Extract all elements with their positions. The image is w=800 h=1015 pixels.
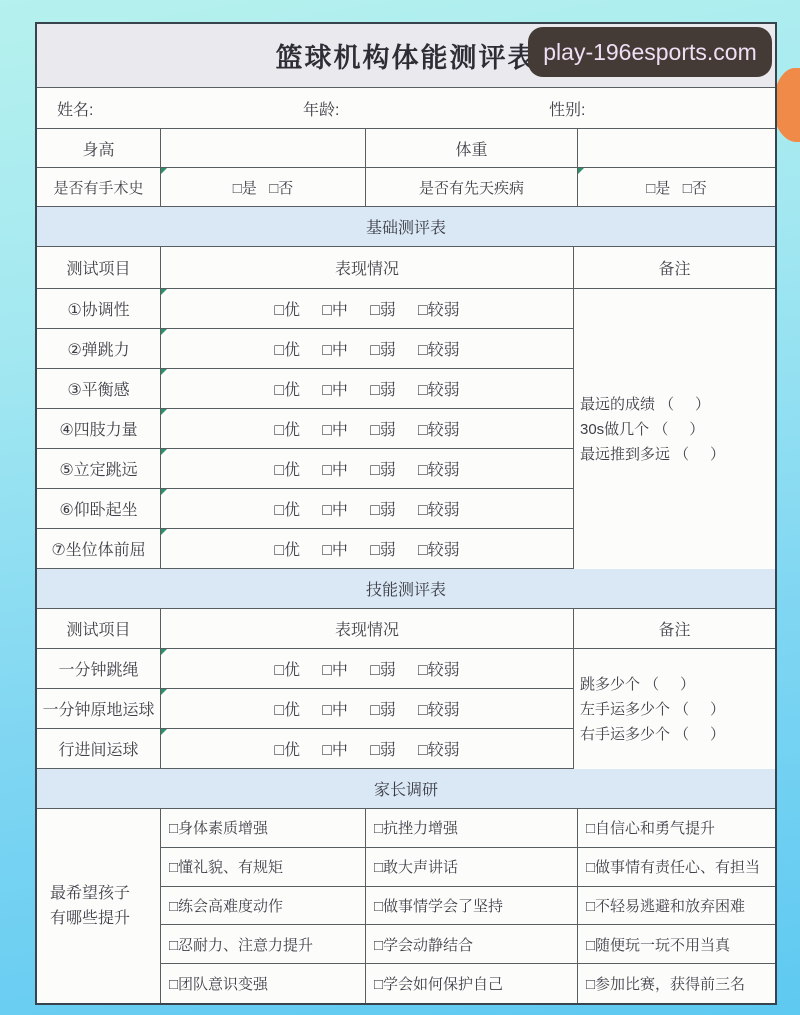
watermark-badge[interactable]: play-196esports.com [528,27,772,77]
basic-options-5[interactable]: □优 □中 □弱 □较弱 [161,449,574,489]
skill-item-1: 一分钟跳绳 [37,649,161,689]
skill-table-head: 测试项目 表现情况 备注 [37,609,775,649]
survey-question-label: 最希望孩子 有哪些提升 [37,809,161,1003]
parent-survey-body: 最希望孩子 有哪些提升 □身体素质增强 □抗挫力增强 □自信心和勇气提升 □懂礼… [37,809,775,1003]
height-input-cell[interactable] [161,129,366,167]
survey-checkbox-r2c2[interactable]: □敢大声讲话 [366,848,578,887]
survey-checkbox-r5c3[interactable]: □参加比赛，获得前三名 [578,964,775,1003]
assessment-form-table: 篮球机构体能测评表 姓名: 年龄: 性别: 身高 体重 是否有手术史 □是 □否… [35,22,777,1005]
skill-item-2: 一分钟原地运球 [37,689,161,729]
survey-section-header: 家长调研 [37,769,775,809]
survey-checkbox-r4c3[interactable]: □随便玩一玩不用当真 [578,925,775,964]
surgery-history-label: 是否有手术史 [37,168,161,206]
survey-label-line-1: 最希望孩子 [50,881,130,906]
page: { "watermark": "play-196esports.com", "t… [0,0,800,1015]
name-field[interactable]: 姓名: [37,97,283,120]
skill-remarks-cell: 跳多少个 （ ） 左手运多少个 （ ） 右手运多少个 （ ） [574,649,775,769]
survey-checkbox-r1c3[interactable]: □自信心和勇气提升 [578,809,775,848]
basic-options-1[interactable]: □优 □中 □弱 □较弱 [161,289,574,329]
congenital-yes-no-checkboxes[interactable]: □是 □否 [578,168,775,206]
survey-checkbox-r1c2[interactable]: □抗挫力增强 [366,809,578,848]
age-field[interactable]: 年龄: [283,97,529,120]
medical-history-row: 是否有手术史 □是 □否 是否有先天疾病 □是 □否 [37,168,775,207]
congenital-disease-label: 是否有先天疾病 [366,168,578,206]
basic-options-6[interactable]: □优 □中 □弱 □较弱 [161,489,574,529]
basic-options-4[interactable]: □优 □中 □弱 □较弱 [161,409,574,449]
skill-options-2[interactable]: □优 □中 □弱 □较弱 [161,689,574,729]
survey-checkbox-r4c2[interactable]: □学会动静结合 [366,925,578,964]
surgery-yes-no-checkboxes[interactable]: □是 □否 [161,168,366,206]
orange-decoration-blob [773,68,800,142]
basic-remark-line-1: 最远的成绩 （ ） [580,392,710,417]
survey-checkbox-r3c2[interactable]: □做事情学会了坚持 [366,887,578,926]
basic-test-body: ①协调性 □优 □中 □弱 □较弱 最远的成绩 （ ） 30s做几个 （ ） 最… [37,289,775,569]
basic-section-header: 基础测评表 [37,207,775,247]
basic-remark-line-3: 最远推到多远 （ ） [580,442,725,467]
weight-label: 体重 [366,129,578,167]
survey-checkbox-r3c3[interactable]: □不轻易逃避和放弃困难 [578,887,775,926]
height-weight-row: 身高 体重 [37,129,775,168]
skill-section-title: 技能测评表 [366,577,446,600]
basic-remark-line-2: 30s做几个 （ ） [580,417,704,442]
skill-col-remark: 备注 [574,609,775,648]
basic-item-2: ②弹跳力 [37,329,161,369]
gender-field[interactable]: 性别: [529,97,775,120]
skill-col-performance: 表现情况 [161,609,574,648]
basic-options-7[interactable]: □优 □中 □弱 □较弱 [161,529,574,569]
survey-checkbox-r5c1[interactable]: □团队意识变强 [161,964,366,1003]
survey-section-title: 家长调研 [374,777,438,800]
watermark-text: play-196esports.com [543,39,757,66]
skill-options-3[interactable]: □优 □中 □弱 □较弱 [161,729,574,769]
basic-col-performance: 表现情况 [161,247,574,288]
survey-checkbox-r3c1[interactable]: □练会高难度动作 [161,887,366,926]
skill-remark-line-1: 跳多少个 （ ） [580,672,695,697]
basic-col-item: 测试项目 [37,247,161,288]
basic-table-head: 测试项目 表现情况 备注 [37,247,775,289]
basic-item-4: ④四肢力量 [37,409,161,449]
weight-input-cell[interactable] [578,129,775,167]
basic-col-remark: 备注 [574,247,775,288]
basic-remarks-cell: 最远的成绩 （ ） 30s做几个 （ ） 最远推到多远 （ ） [574,289,775,569]
skill-col-item: 测试项目 [37,609,161,648]
basic-options-3[interactable]: □优 □中 □弱 □较弱 [161,369,574,409]
skill-test-body: 一分钟跳绳 □优 □中 □弱 □较弱 跳多少个 （ ） 左手运多少个 （ ） 右… [37,649,775,769]
survey-checkbox-r4c1[interactable]: □忍耐力、注意力提升 [161,925,366,964]
skill-item-3: 行进间运球 [37,729,161,769]
survey-checkbox-r2c3[interactable]: □做事情有责任心、有担当 [578,848,775,887]
basic-item-7: ⑦坐位体前屈 [37,529,161,569]
skill-remark-line-2: 左手运多少个 （ ） [580,697,725,722]
basic-item-6: ⑥仰卧起坐 [37,489,161,529]
page-title: 篮球机构体能测评表 [276,36,537,75]
survey-label-line-2: 有哪些提升 [50,906,130,931]
skill-options-1[interactable]: □优 □中 □弱 □较弱 [161,649,574,689]
survey-checkbox-r2c1[interactable]: □懂礼貌、有规矩 [161,848,366,887]
basic-item-5: ⑤立定跳远 [37,449,161,489]
height-label: 身高 [37,129,161,167]
skill-remark-line-3: 右手运多少个 （ ） [580,722,725,747]
basic-options-2[interactable]: □优 □中 □弱 □较弱 [161,329,574,369]
personal-info-row: 姓名: 年龄: 性别: [37,88,775,129]
basic-item-3: ③平衡感 [37,369,161,409]
survey-checkbox-r1c1[interactable]: □身体素质增强 [161,809,366,848]
basic-item-1: ①协调性 [37,289,161,329]
basic-section-title: 基础测评表 [366,215,446,238]
survey-checkbox-r5c2[interactable]: □学会如何保护自己 [366,964,578,1003]
skill-section-header: 技能测评表 [37,569,775,609]
